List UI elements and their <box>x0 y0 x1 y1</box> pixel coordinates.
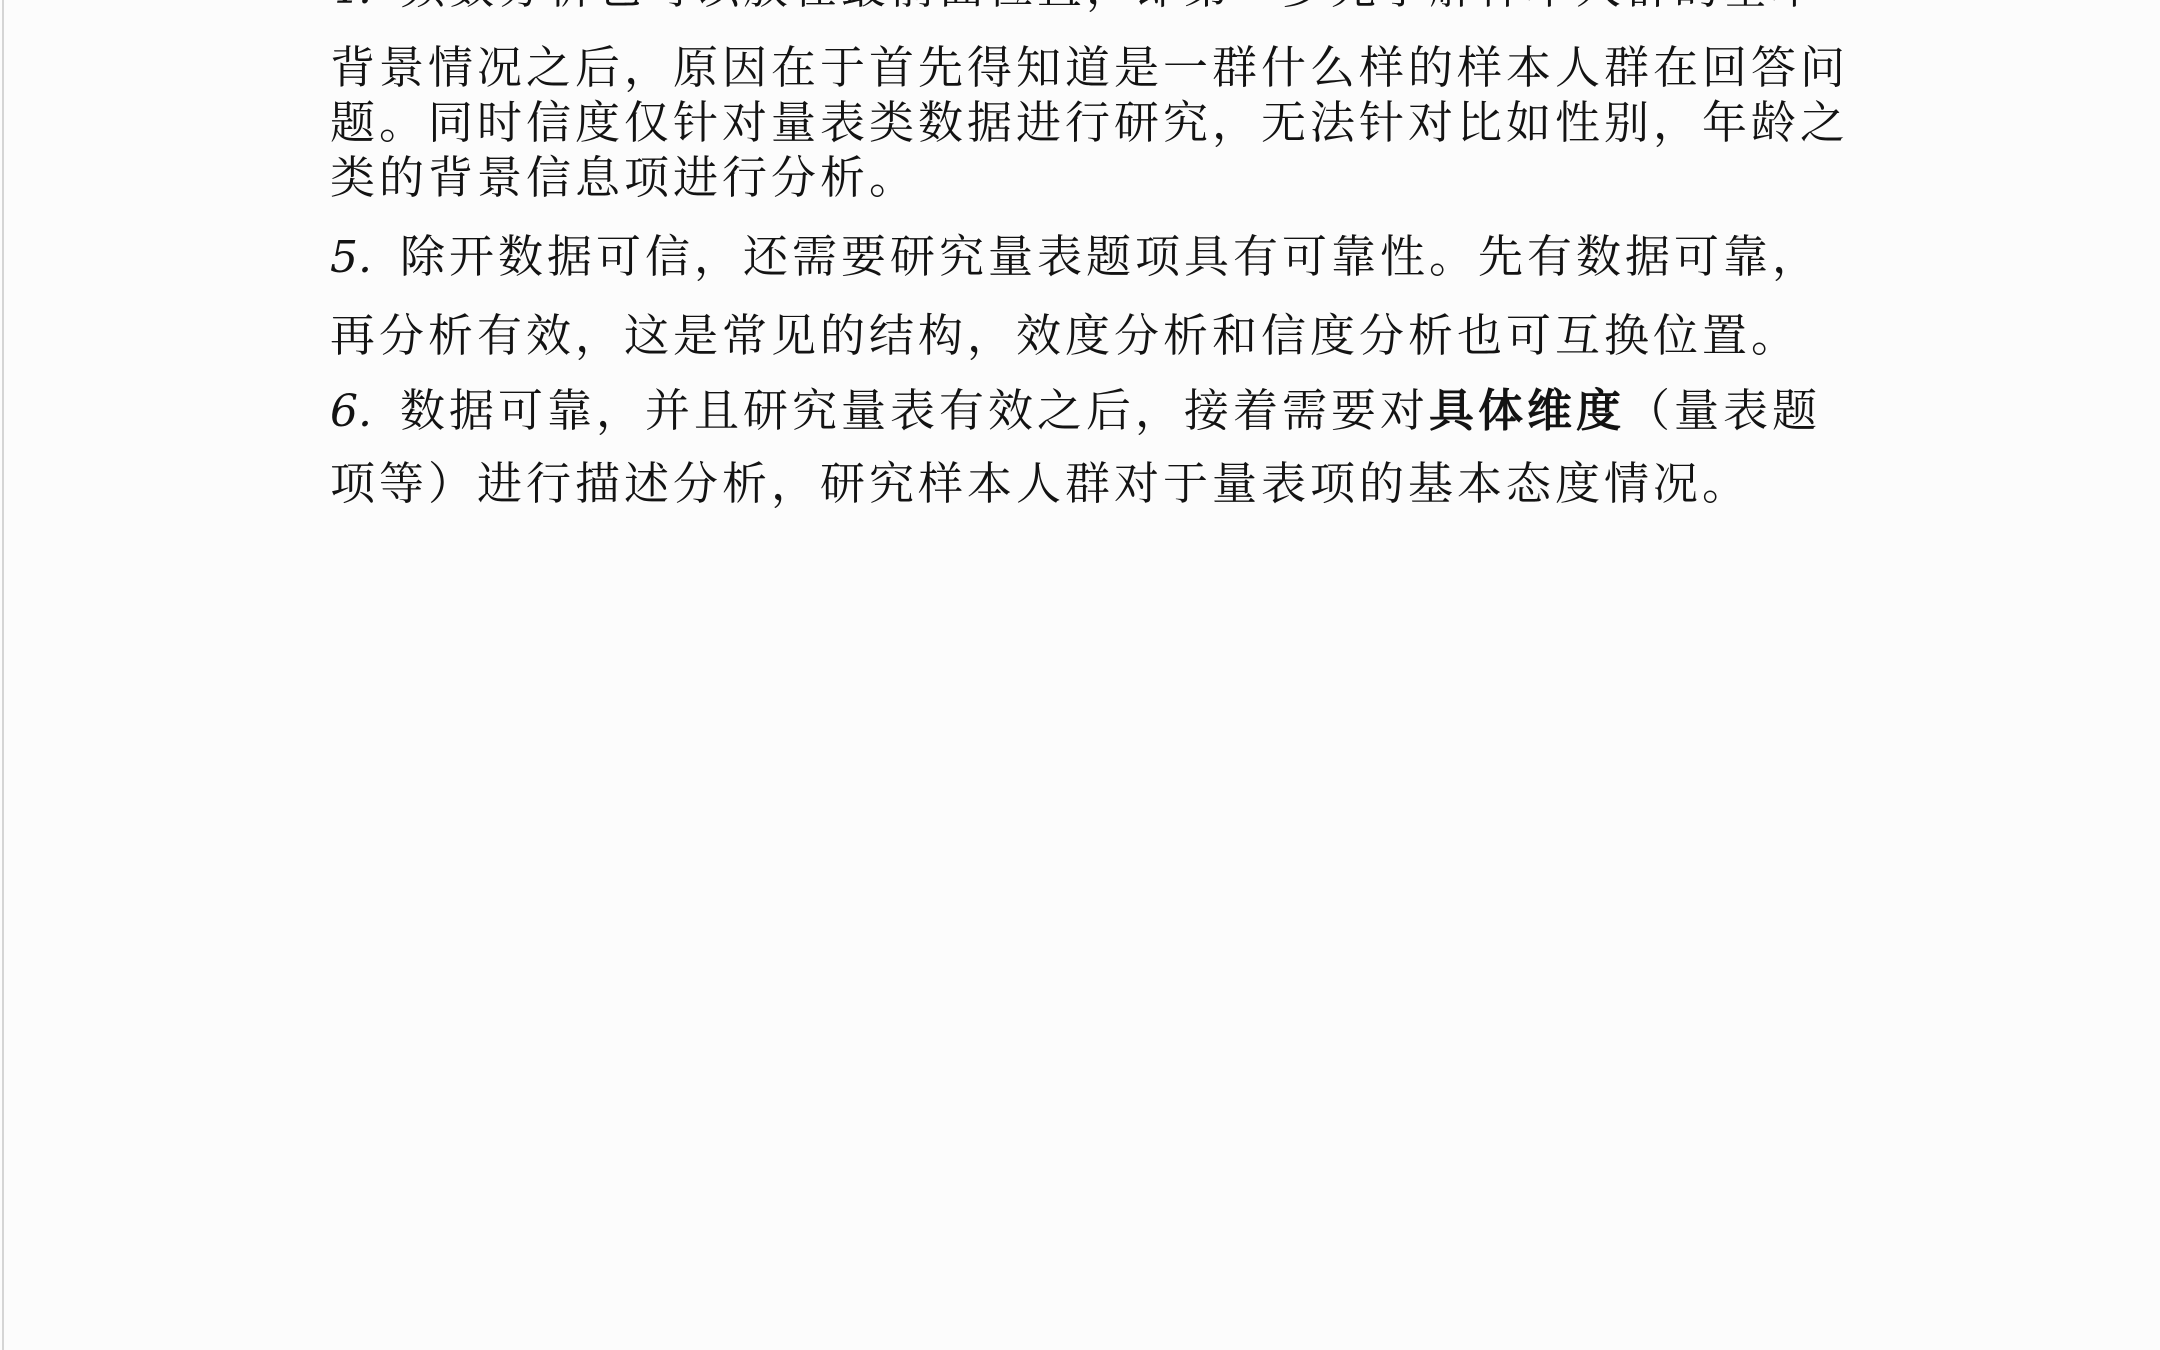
text-line: 题。同时信度仅针对量表类数据进行研究，无法针对比如性别，年龄之 <box>330 95 1870 150</box>
window-left-edge-line <box>2 0 4 1350</box>
paragraph-4-continuation: 背景情况之后，原因在于首先得知道是一群什么样的样本人群在回答问 题。同时信度仅针… <box>330 40 1870 205</box>
text-line: 类的背景信息项进行分析。 <box>330 150 1870 205</box>
text-segment: 除开数据可信，还需要研究量表题项具有可靠性。先有数据可靠， <box>400 230 1821 283</box>
list-number-5: 5. <box>330 219 372 297</box>
text-segment: （量表题 <box>1625 384 1821 437</box>
text-segment: 数据可靠，并且研究量表有效之后，接着需要对 <box>400 384 1429 437</box>
paragraph-4-clipped-line: 4.频数分析也可以放在最前面位置，即第一步先了解样本人群的基本 <box>330 0 1870 13</box>
text-line: 再分析有效，这是常见的结构，效度分析和信度分析也可互换位置。 <box>330 297 1870 375</box>
clipped-line-text: 频数分析也可以放在最前面位置，即第一步先了解样本人群的基本 <box>400 0 1821 14</box>
paragraph-6: 6.数据可靠，并且研究量表有效之后，接着需要对具体维度（量表题 项等）进行描述分… <box>330 375 1870 520</box>
text-line: 项等）进行描述分析，研究样本人群对于量表项的基本态度情况。 <box>330 448 1870 520</box>
bold-term: 具体维度 <box>1429 384 1625 437</box>
text-line: 6.数据可靠，并且研究量表有效之后，接着需要对具体维度（量表题 <box>330 375 1870 448</box>
paragraph-5: 5.除开数据可信，还需要研究量表题项具有可靠性。先有数据可靠， 再分析有效，这是… <box>330 218 1870 375</box>
list-number-6: 6. <box>330 376 372 448</box>
text-line: 背景情况之后，原因在于首先得知道是一群什么样的样本人群在回答问 <box>330 40 1870 95</box>
text-line: 5.除开数据可信，还需要研究量表题项具有可靠性。先有数据可靠， <box>330 218 1870 297</box>
list-number-4: 4. <box>330 0 372 13</box>
